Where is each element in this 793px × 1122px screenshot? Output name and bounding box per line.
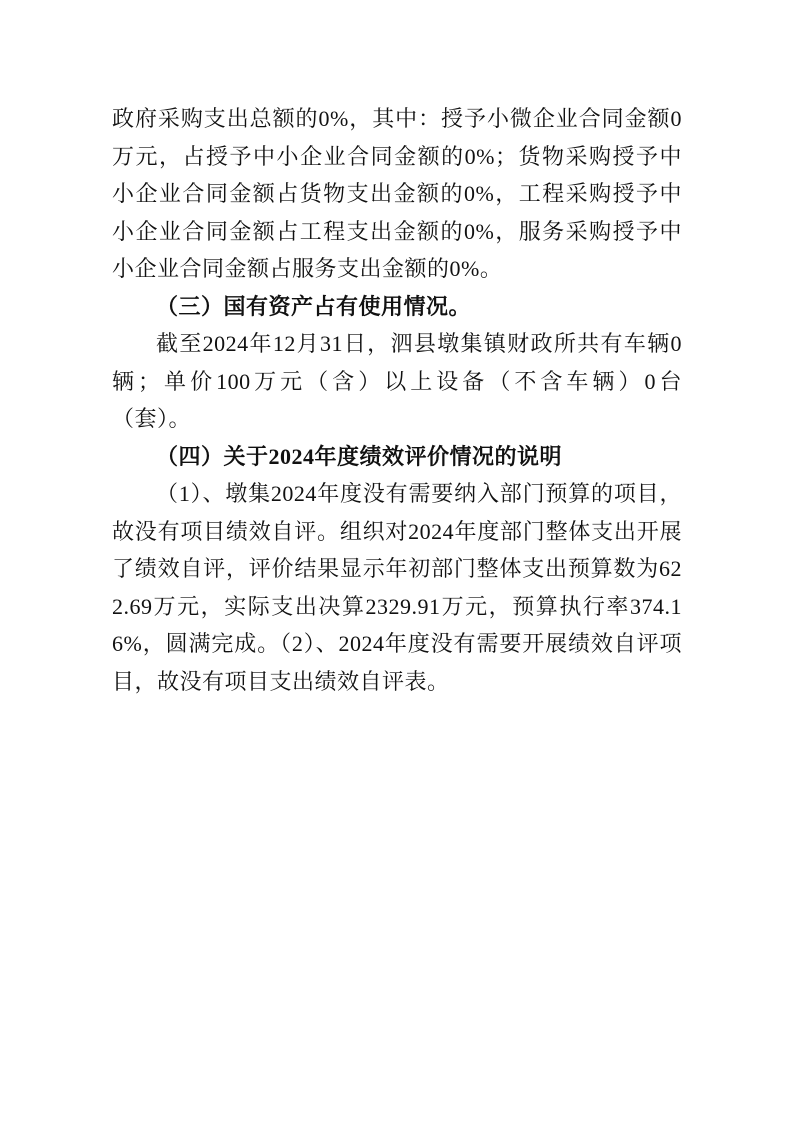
document-text-block: 政府采购支出总额的0%，其中：授予小微企业合同金额0万元，占授予中小企业合同金额… [112, 100, 682, 700]
paragraph-procurement-continuation: 政府采购支出总额的0%，其中：授予小微企业合同金额0万元，占授予中小企业合同金额… [112, 100, 682, 288]
paragraph-state-assets: 截至2024年12月31日，泗县墩集镇财政所共有车辆0辆；单价100万元（含）以… [112, 325, 682, 438]
section-heading-state-assets: （三）国有资产占有使用情况。 [112, 288, 682, 326]
document-page: 政府采购支出总额的0%，其中：授予小微企业合同金额0万元，占授予中小企业合同金额… [0, 0, 793, 1122]
section-heading-performance-evaluation: （四）关于2024年度绩效评价情况的说明 [112, 438, 682, 476]
paragraph-performance-evaluation: （1）、墩集2024年度没有需要纳入部门预算的项目，故没有项目绩效自评。组织对2… [112, 475, 682, 700]
